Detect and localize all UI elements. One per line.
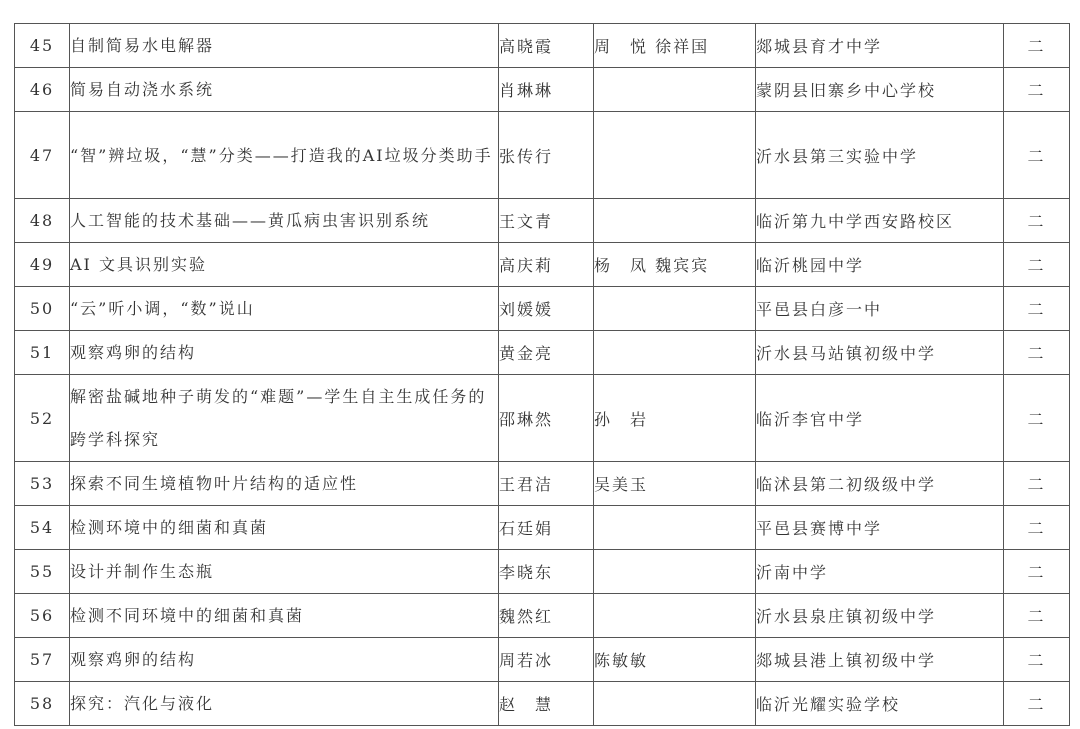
project-title-cell: 自制简易水电解器 [70, 24, 499, 68]
author-cell: 王君洁 [499, 462, 594, 506]
project-title-cell: 设计并制作生态瓶 [70, 550, 499, 594]
author-cell: 邵琳然 [499, 375, 594, 462]
row-number-cell: 50 [15, 287, 70, 331]
award-table-body: 45自制简易水电解器高晓霞周 悦 徐祥国郯城县育才中学二46简易自动浇水系统肖琳… [15, 24, 1070, 726]
school-cell: 蒙阴县旧寨乡中心学校 [756, 68, 1004, 112]
row-number-cell: 52 [15, 375, 70, 462]
row-number-cell: 48 [15, 199, 70, 243]
school-cell: 平邑县白彦一中 [756, 287, 1004, 331]
table-row: 53探索不同生境植物叶片结构的适应性王君洁吴美玉临沭县第二初级级中学二 [15, 462, 1070, 506]
project-title-cell: 检测不同环境中的细菌和真菌 [70, 594, 499, 638]
award-level-cell: 二 [1004, 243, 1070, 287]
project-title-cell: 探索不同生境植物叶片结构的适应性 [70, 462, 499, 506]
advisors-cell: 孙 岩 [594, 375, 756, 462]
table-row: 50“云”听小调，“数”说山刘媛媛平邑县白彦一中二 [15, 287, 1070, 331]
table-row: 52解密盐碱地种子萌发的“难题”—学生自主生成任务的跨学科探究邵琳然孙 岩临沂李… [15, 375, 1070, 462]
table-row: 55设计并制作生态瓶李晓东沂南中学二 [15, 550, 1070, 594]
project-title-cell: 人工智能的技术基础——黄瓜病虫害识别系统 [70, 199, 499, 243]
award-level-cell: 二 [1004, 331, 1070, 375]
table-row: 54检测环境中的细菌和真菌石廷娟平邑县赛博中学二 [15, 506, 1070, 550]
author-cell: 赵 慧 [499, 682, 594, 726]
award-level-cell: 二 [1004, 638, 1070, 682]
advisors-cell [594, 112, 756, 199]
row-number-cell: 49 [15, 243, 70, 287]
author-cell: 石廷娟 [499, 506, 594, 550]
school-cell: 郯城县港上镇初级中学 [756, 638, 1004, 682]
row-number-cell: 56 [15, 594, 70, 638]
advisors-cell: 杨 凤 魏宾宾 [594, 243, 756, 287]
project-title-cell: 观察鸡卵的结构 [70, 331, 499, 375]
project-title-cell: “云”听小调，“数”说山 [70, 287, 499, 331]
award-level-cell: 二 [1004, 462, 1070, 506]
school-cell: 临沂第九中学西安路校区 [756, 199, 1004, 243]
school-cell: 沂水县马站镇初级中学 [756, 331, 1004, 375]
award-level-cell: 二 [1004, 594, 1070, 638]
author-cell: 肖琳琳 [499, 68, 594, 112]
award-level-cell: 二 [1004, 112, 1070, 199]
author-cell: 刘媛媛 [499, 287, 594, 331]
advisors-cell [594, 550, 756, 594]
award-level-cell: 二 [1004, 68, 1070, 112]
author-cell: 魏然红 [499, 594, 594, 638]
author-cell: 王文青 [499, 199, 594, 243]
school-cell: 临沭县第二初级级中学 [756, 462, 1004, 506]
project-title-cell: 检测环境中的细菌和真菌 [70, 506, 499, 550]
project-title-cell: 探究：汽化与液化 [70, 682, 499, 726]
table-row: 48人工智能的技术基础——黄瓜病虫害识别系统王文青临沂第九中学西安路校区二 [15, 199, 1070, 243]
project-title-cell: AI 文具识别实验 [70, 243, 499, 287]
project-title-cell: 简易自动浇水系统 [70, 68, 499, 112]
award-table: 45自制简易水电解器高晓霞周 悦 徐祥国郯城县育才中学二46简易自动浇水系统肖琳… [14, 23, 1070, 726]
row-number-cell: 45 [15, 24, 70, 68]
table-row: 49AI 文具识别实验高庆莉杨 凤 魏宾宾临沂桃园中学二 [15, 243, 1070, 287]
advisors-cell: 周 悦 徐祥国 [594, 24, 756, 68]
author-cell: 张传行 [499, 112, 594, 199]
advisors-cell [594, 594, 756, 638]
advisors-cell [594, 199, 756, 243]
award-level-cell: 二 [1004, 682, 1070, 726]
author-cell: 高晓霞 [499, 24, 594, 68]
project-title-cell: 解密盐碱地种子萌发的“难题”—学生自主生成任务的跨学科探究 [70, 375, 499, 462]
advisors-cell [594, 68, 756, 112]
author-cell: 高庆莉 [499, 243, 594, 287]
award-level-cell: 二 [1004, 550, 1070, 594]
school-cell: 临沂桃园中学 [756, 243, 1004, 287]
row-number-cell: 55 [15, 550, 70, 594]
advisors-cell [594, 331, 756, 375]
author-cell: 周若冰 [499, 638, 594, 682]
table-row: 58探究：汽化与液化赵 慧临沂光耀实验学校二 [15, 682, 1070, 726]
advisors-cell: 陈敏敏 [594, 638, 756, 682]
row-number-cell: 57 [15, 638, 70, 682]
row-number-cell: 58 [15, 682, 70, 726]
row-number-cell: 47 [15, 112, 70, 199]
project-title-cell: 观察鸡卵的结构 [70, 638, 499, 682]
row-number-cell: 51 [15, 331, 70, 375]
award-level-cell: 二 [1004, 24, 1070, 68]
project-title-cell: “智”辨垃圾，“慧”分类——打造我的AI垃圾分类助手 [70, 112, 499, 199]
row-number-cell: 53 [15, 462, 70, 506]
table-row: 51观察鸡卵的结构黄金亮沂水县马站镇初级中学二 [15, 331, 1070, 375]
table-row: 57观察鸡卵的结构周若冰陈敏敏郯城县港上镇初级中学二 [15, 638, 1070, 682]
row-number-cell: 54 [15, 506, 70, 550]
school-cell: 郯城县育才中学 [756, 24, 1004, 68]
table-row: 56检测不同环境中的细菌和真菌魏然红沂水县泉庄镇初级中学二 [15, 594, 1070, 638]
award-level-cell: 二 [1004, 375, 1070, 462]
award-level-cell: 二 [1004, 199, 1070, 243]
table-row: 47“智”辨垃圾，“慧”分类——打造我的AI垃圾分类助手张传行沂水县第三实验中学… [15, 112, 1070, 199]
school-cell: 沂南中学 [756, 550, 1004, 594]
school-cell: 临沂李官中学 [756, 375, 1004, 462]
advisors-cell: 吴美玉 [594, 462, 756, 506]
advisors-cell [594, 287, 756, 331]
advisors-cell [594, 682, 756, 726]
award-level-cell: 二 [1004, 287, 1070, 331]
advisors-cell [594, 506, 756, 550]
school-cell: 临沂光耀实验学校 [756, 682, 1004, 726]
author-cell: 黄金亮 [499, 331, 594, 375]
author-cell: 李晓东 [499, 550, 594, 594]
school-cell: 平邑县赛博中学 [756, 506, 1004, 550]
award-level-cell: 二 [1004, 506, 1070, 550]
school-cell: 沂水县第三实验中学 [756, 112, 1004, 199]
table-row: 45自制简易水电解器高晓霞周 悦 徐祥国郯城县育才中学二 [15, 24, 1070, 68]
school-cell: 沂水县泉庄镇初级中学 [756, 594, 1004, 638]
table-row: 46简易自动浇水系统肖琳琳蒙阴县旧寨乡中心学校二 [15, 68, 1070, 112]
row-number-cell: 46 [15, 68, 70, 112]
